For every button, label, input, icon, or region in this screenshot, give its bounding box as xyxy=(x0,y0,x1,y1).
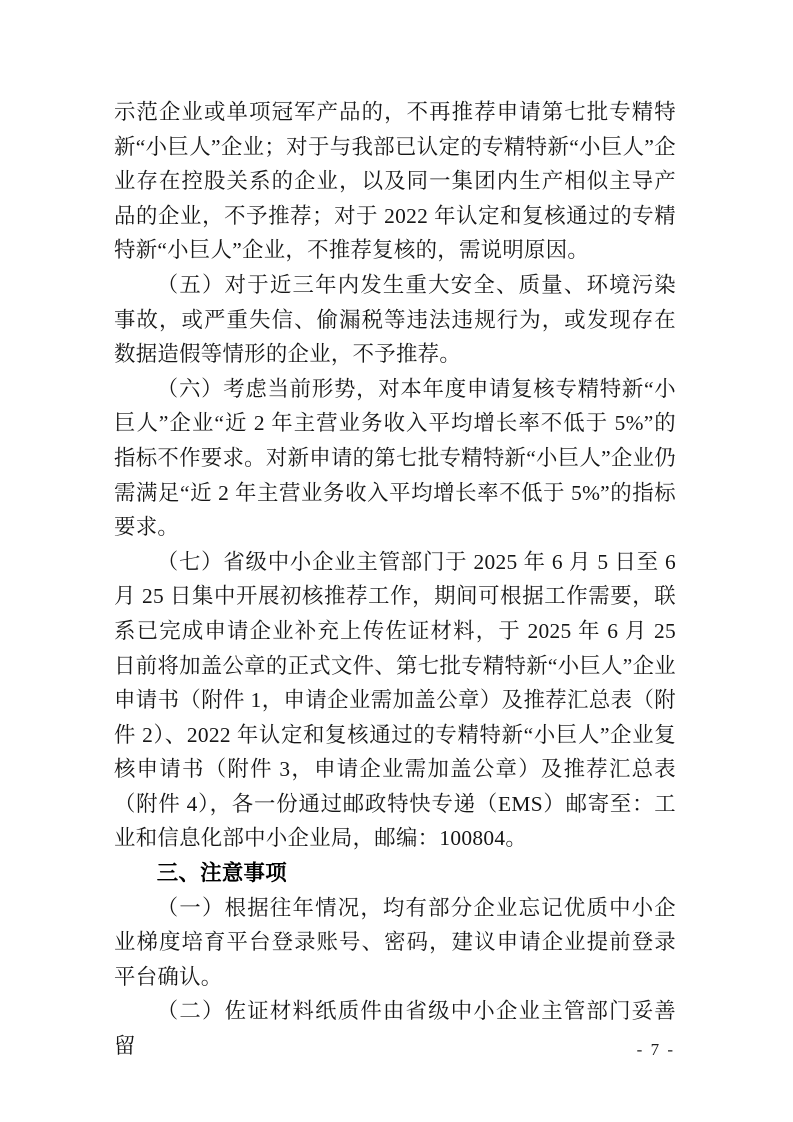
paragraph-note-1: （一）根据往年情况，均有部分企业忘记优质中小企业梯度培育平台登录账号、密码，建议… xyxy=(114,891,676,995)
paragraph-item-7: （七）省级中小企业主管部门于 2025 年 6 月 5 日至 6 月 25 日集… xyxy=(114,545,676,856)
paragraph-item-5: （五）对于近三年内发生重大安全、质量、环境污染事故，或严重失信、偷漏税等违法违规… xyxy=(114,268,676,372)
document-body: 示范企业或单项冠军产品的，不再推荐申请第七批专精特新“小巨人”企业；对于与我部已… xyxy=(114,95,676,1064)
paragraph-note-2: （二）佐证材料纸质件由省级中小企业主管部门妥善留 xyxy=(114,994,676,1063)
paragraph-continuation: 示范企业或单项冠军产品的，不再推荐申请第七批专精特新“小巨人”企业；对于与我部已… xyxy=(114,95,676,268)
page-number: - 7 - xyxy=(637,1040,675,1060)
document-page: 示范企业或单项冠军产品的，不再推荐申请第七批专精特新“小巨人”企业；对于与我部已… xyxy=(0,0,793,1122)
paragraph-item-6: （六）考虑当前形势，对本年度申请复核专精特新“小巨人”企业“近 2 年主营业务收… xyxy=(114,372,676,545)
section-heading-notes: 三、注意事项 xyxy=(114,856,676,891)
